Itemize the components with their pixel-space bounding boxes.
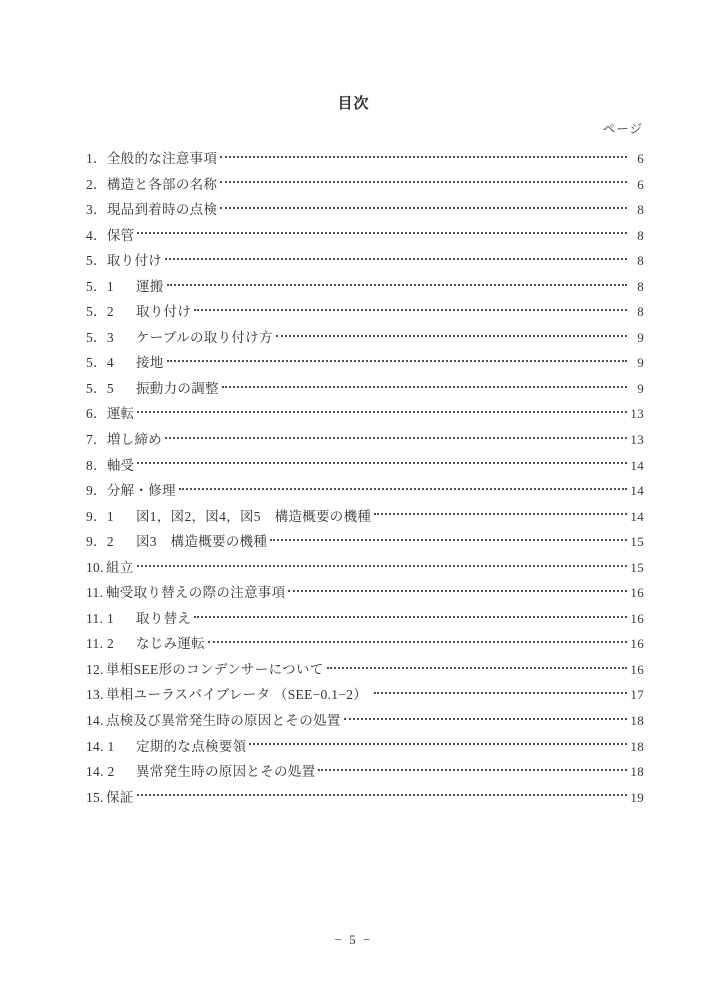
- toc-row: 6． 運転 13: [86, 401, 644, 427]
- toc-entry-label: 保証: [106, 785, 134, 811]
- toc-entry-number: 8．: [86, 453, 107, 479]
- toc-entry-number: 5．2: [86, 299, 136, 325]
- toc-entry-page: 16: [629, 657, 644, 683]
- toc-entry-number: 5．1: [86, 274, 136, 300]
- toc-row: 15. 保証 19: [86, 785, 644, 811]
- toc-entry-number: 9．1: [86, 504, 136, 530]
- toc-entry-label: 単相ユーラスバイブレータ （SEE−0.1−2）: [106, 682, 371, 708]
- toc-row: 3． 現品到着時の点検 8: [86, 197, 644, 223]
- dot-leader: [208, 641, 627, 643]
- toc-row: 9．2 図3 構造概要の機種 15: [86, 529, 644, 555]
- toc-entry-page: 9: [629, 350, 644, 376]
- toc-entry-page: 18: [629, 708, 644, 734]
- dot-leader: [318, 769, 627, 771]
- toc-entry-page: 8: [629, 197, 644, 223]
- dot-leader: [137, 565, 627, 567]
- page-number-footer: − 5 −: [0, 932, 707, 948]
- dot-leader: [374, 513, 627, 515]
- toc-entry-number: 12.: [86, 657, 106, 683]
- dot-leader: [165, 258, 627, 260]
- dot-leader: [167, 284, 627, 286]
- toc-entry-number: 4．: [86, 223, 107, 249]
- toc-entry-label: 構造と各部の名称: [107, 172, 217, 198]
- toc-entry-number: 2．: [86, 172, 107, 198]
- dot-leader: [276, 335, 627, 337]
- page-column-header: ページ: [603, 119, 643, 137]
- toc-entry-label: 取り付け: [136, 299, 191, 325]
- toc-entry-page: 15: [629, 529, 644, 555]
- dot-leader: [165, 437, 627, 439]
- dot-leader: [374, 692, 627, 694]
- toc-row: 9．1 図1，図2，図4，図5 構造概要の機種 14: [86, 504, 644, 530]
- toc-entry-number: 14.: [86, 708, 106, 734]
- dot-leader: [344, 718, 627, 720]
- dot-leader: [220, 207, 627, 209]
- toc-entry-label: 振動力の調整: [136, 376, 219, 402]
- toc-entry-page: 8: [629, 223, 644, 249]
- toc-row: 11. 軸受取り替えの際の注意事項 16: [86, 580, 644, 606]
- toc-entry-number: 7．: [86, 427, 107, 453]
- dot-leader: [194, 309, 627, 311]
- toc-entry-label: 増し締め: [107, 427, 162, 453]
- toc-entry-label: 図1，図2，図4，図5 構造概要の機種: [136, 504, 371, 530]
- toc-entry-number: 14. 2: [86, 759, 136, 785]
- toc-entry-page: 13: [629, 401, 644, 427]
- dot-leader: [327, 667, 627, 669]
- toc-row: 5．3 ケーブルの取り付け方 9: [86, 325, 644, 351]
- document-page: 目次 ページ 1． 全般的な注意事項 6 2． 構造と各部の名称 6 3． 現品…: [0, 0, 707, 1000]
- dot-leader: [137, 794, 627, 796]
- toc-entry-number: 9．2: [86, 529, 136, 555]
- toc-entry-number: 5．5: [86, 376, 136, 402]
- toc-row: 7． 増し締め 13: [86, 427, 644, 453]
- toc-entry-label: 組立: [106, 555, 134, 581]
- toc-entry-label: 現品到着時の点検: [107, 197, 217, 223]
- toc-row: 11. 1 取り替え 16: [86, 606, 644, 632]
- toc-entry-label: 図3 構造概要の機種: [136, 529, 267, 555]
- dot-leader: [137, 462, 627, 464]
- toc-entry-page: 18: [629, 734, 644, 760]
- toc-entry-number: 11. 1: [86, 606, 136, 632]
- toc-entry-label: 点検及び異常発生時の原因とその処置: [106, 708, 341, 734]
- toc-entry-number: 5．3: [86, 325, 136, 351]
- toc-entry-label: ケーブルの取り付け方: [136, 325, 273, 351]
- toc-entry-page: 8: [629, 299, 644, 325]
- toc-entry-page: 19: [629, 785, 644, 811]
- toc-entry-number: 14. 1: [86, 734, 136, 760]
- toc-entry-label: 定期的な点検要領: [136, 734, 246, 760]
- toc-entry-number: 11.: [86, 580, 106, 606]
- toc-entry-label: 異常発生時の原因とその処置: [136, 759, 315, 785]
- dot-leader: [270, 539, 627, 541]
- toc-row: 10. 組立 15: [86, 555, 644, 581]
- dot-leader: [179, 488, 627, 490]
- toc-entry-page: 18: [629, 759, 644, 785]
- toc-entry-label: 分解・修理: [107, 478, 176, 504]
- toc-row: 4． 保管 8: [86, 223, 644, 249]
- toc-entry-label: 保管: [107, 223, 135, 249]
- toc-entry-number: 5．4: [86, 350, 136, 376]
- toc-entry-number: 11. 2: [86, 631, 136, 657]
- toc-entry-page: 15: [629, 555, 644, 581]
- dot-leader: [137, 232, 627, 234]
- toc-row: 14. 1 定期的な点検要領 18: [86, 734, 644, 760]
- toc-row: 2． 構造と各部の名称 6: [86, 172, 644, 198]
- toc-entry-page: 9: [629, 376, 644, 402]
- toc-row: 9． 分解・修理 14: [86, 478, 644, 504]
- toc-entry-number: 10.: [86, 555, 106, 581]
- dot-leader: [137, 411, 627, 413]
- dot-leader: [220, 181, 627, 183]
- toc-entry-page: 16: [629, 631, 644, 657]
- dot-leader: [220, 156, 627, 158]
- page-title: 目次: [0, 92, 707, 113]
- toc-row: 13. 単相ユーラスバイブレータ （SEE−0.1−2） 17: [86, 682, 644, 708]
- dot-leader: [249, 743, 627, 745]
- toc-entry-number: 5．: [86, 248, 107, 274]
- toc-entry-number: 3．: [86, 197, 107, 223]
- toc-entry-page: 14: [629, 478, 644, 504]
- toc-entry-page: 14: [629, 504, 644, 530]
- toc-row: 14. 2 異常発生時の原因とその処置 18: [86, 759, 644, 785]
- toc-entry-page: 17: [629, 682, 644, 708]
- dot-leader: [194, 616, 627, 618]
- toc-entry-label: なじみ運転: [136, 631, 205, 657]
- toc-row: 5．4 接地 9: [86, 350, 644, 376]
- toc-row: 8． 軸受 14: [86, 453, 644, 479]
- toc-entry-page: 16: [629, 606, 644, 632]
- toc-entry-page: 14: [629, 453, 644, 479]
- toc-entry-label: 全般的な注意事項: [107, 146, 217, 172]
- toc-entry-number: 1．: [86, 146, 107, 172]
- toc-entry-number: 15.: [86, 785, 106, 811]
- toc-row: 11. 2 なじみ運転 16: [86, 631, 644, 657]
- toc-entry-label: 軸受: [107, 453, 135, 479]
- toc-entry-label: 単相SEE形のコンデンサーについて: [106, 657, 324, 683]
- toc-entry-page: 8: [629, 274, 644, 300]
- toc-row: 1． 全般的な注意事項 6: [86, 146, 644, 172]
- toc-row: 5．1 運搬 8: [86, 274, 644, 300]
- toc-row: 14. 点検及び異常発生時の原因とその処置 18: [86, 708, 644, 734]
- toc-entry-label: 運搬: [136, 274, 164, 300]
- toc-row: 12. 単相SEE形のコンデンサーについて 16: [86, 657, 644, 683]
- toc-entry-page: 6: [629, 146, 644, 172]
- toc-entry-number: 6．: [86, 401, 107, 427]
- toc-entry-page: 8: [629, 248, 644, 274]
- toc-entry-number: 13.: [86, 682, 106, 708]
- toc-row: 5． 取り付け 8: [86, 248, 644, 274]
- toc-entry-page: 16: [629, 580, 644, 606]
- toc-entry-page: 9: [629, 325, 644, 351]
- toc-entry-label: 取り替え: [136, 606, 191, 632]
- dot-leader: [222, 386, 627, 388]
- toc-row: 5．5 振動力の調整 9: [86, 376, 644, 402]
- toc-entry-label: 取り付け: [107, 248, 162, 274]
- toc-list: 1． 全般的な注意事項 6 2． 構造と各部の名称 6 3． 現品到着時の点検 …: [86, 146, 644, 810]
- dot-leader: [167, 360, 627, 362]
- toc-entry-number: 9．: [86, 478, 107, 504]
- toc-entry-page: 13: [629, 427, 644, 453]
- toc-entry-label: 運転: [107, 401, 135, 427]
- toc-row: 5．2 取り付け 8: [86, 299, 644, 325]
- toc-entry-label: 接地: [136, 350, 164, 376]
- dot-leader: [288, 590, 627, 592]
- toc-entry-label: 軸受取り替えの際の注意事項: [106, 580, 285, 606]
- toc-entry-page: 6: [629, 172, 644, 198]
